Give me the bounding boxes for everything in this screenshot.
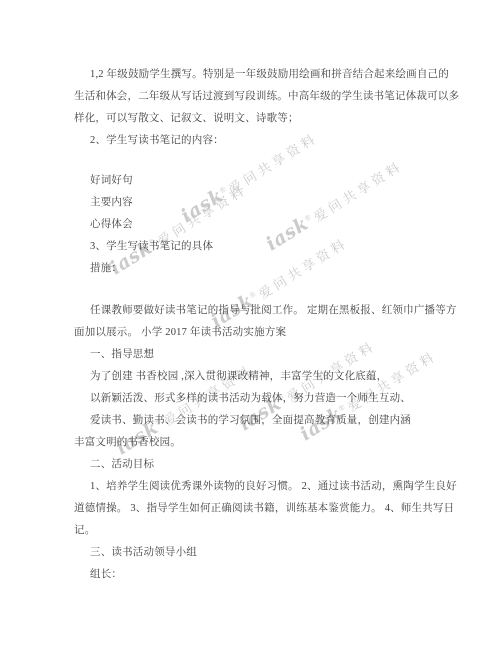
text-line: 爱读书、勤读书、会读书的学习氛围，全面提高教育质量，创建内涵 — [74, 410, 440, 432]
text-line: 丰富文明的书香校园。 — [74, 432, 440, 454]
document-page: iask®爱问共享资料iask®爱问共享资料iask®爱问共享资料iask®爱问… — [0, 0, 500, 647]
document-body: 1,2 年级鼓励学生撰写。特别是一年级鼓励用绘画和拼音结合起来绘画自己的生活和体… — [74, 64, 440, 586]
text-line: 生活和体会，二年级从写话过渡到写段训练。中高年级的学生读书笔记体裁可以多 — [74, 86, 440, 108]
text-line: 1,2 年级鼓励学生撰写。特别是一年级鼓励用绘画和拼音结合起来绘画自己的 — [74, 64, 440, 86]
text-line: 一、指导思想 — [74, 344, 440, 366]
text-line: 二、活动目标 — [74, 454, 440, 476]
text-line: 心得体会 — [74, 214, 440, 236]
text-line: 3、学生写读书笔记的具体 — [74, 236, 440, 258]
text-line: 措施： — [74, 258, 440, 280]
text-line: 主要内容 — [74, 192, 440, 214]
text-line: 样化，可以写散文、记叙文、说明文、诗歌等； — [74, 108, 440, 130]
text-line: 道德情操。 3、指导学生如何正确阅读书籍，训练基本鉴赏能力。 4、师生共写日 — [74, 498, 440, 520]
text-line: 面加以展示。 小学 2017 年读书活动实施方案 — [74, 322, 440, 344]
text-line: 记。 — [74, 520, 440, 542]
text-line: 三、读书活动领导小组 — [74, 542, 440, 564]
text-line: 2、学生写读书笔记的内容： — [74, 130, 440, 152]
text-line: 1、培养学生阅读优秀课外读物的良好习惯。 2、通过读书活动，熏陶学生良好 — [74, 476, 440, 498]
text-line: 任课教师要做好读书笔记的指导与批阅工作。 定期在黑板报、红领巾广播等方 — [74, 300, 440, 322]
text-line: 为了创建 书香校园 ,深入贯彻课改精神，丰富学生的文化底蕴， — [74, 366, 440, 388]
text-line: 以新颖活泼、形式多样的读书活动为载体，努力营造一个师生互动、 — [74, 388, 440, 410]
text-line: 组长： — [74, 564, 440, 586]
text-line: 好词好句 — [74, 170, 440, 192]
